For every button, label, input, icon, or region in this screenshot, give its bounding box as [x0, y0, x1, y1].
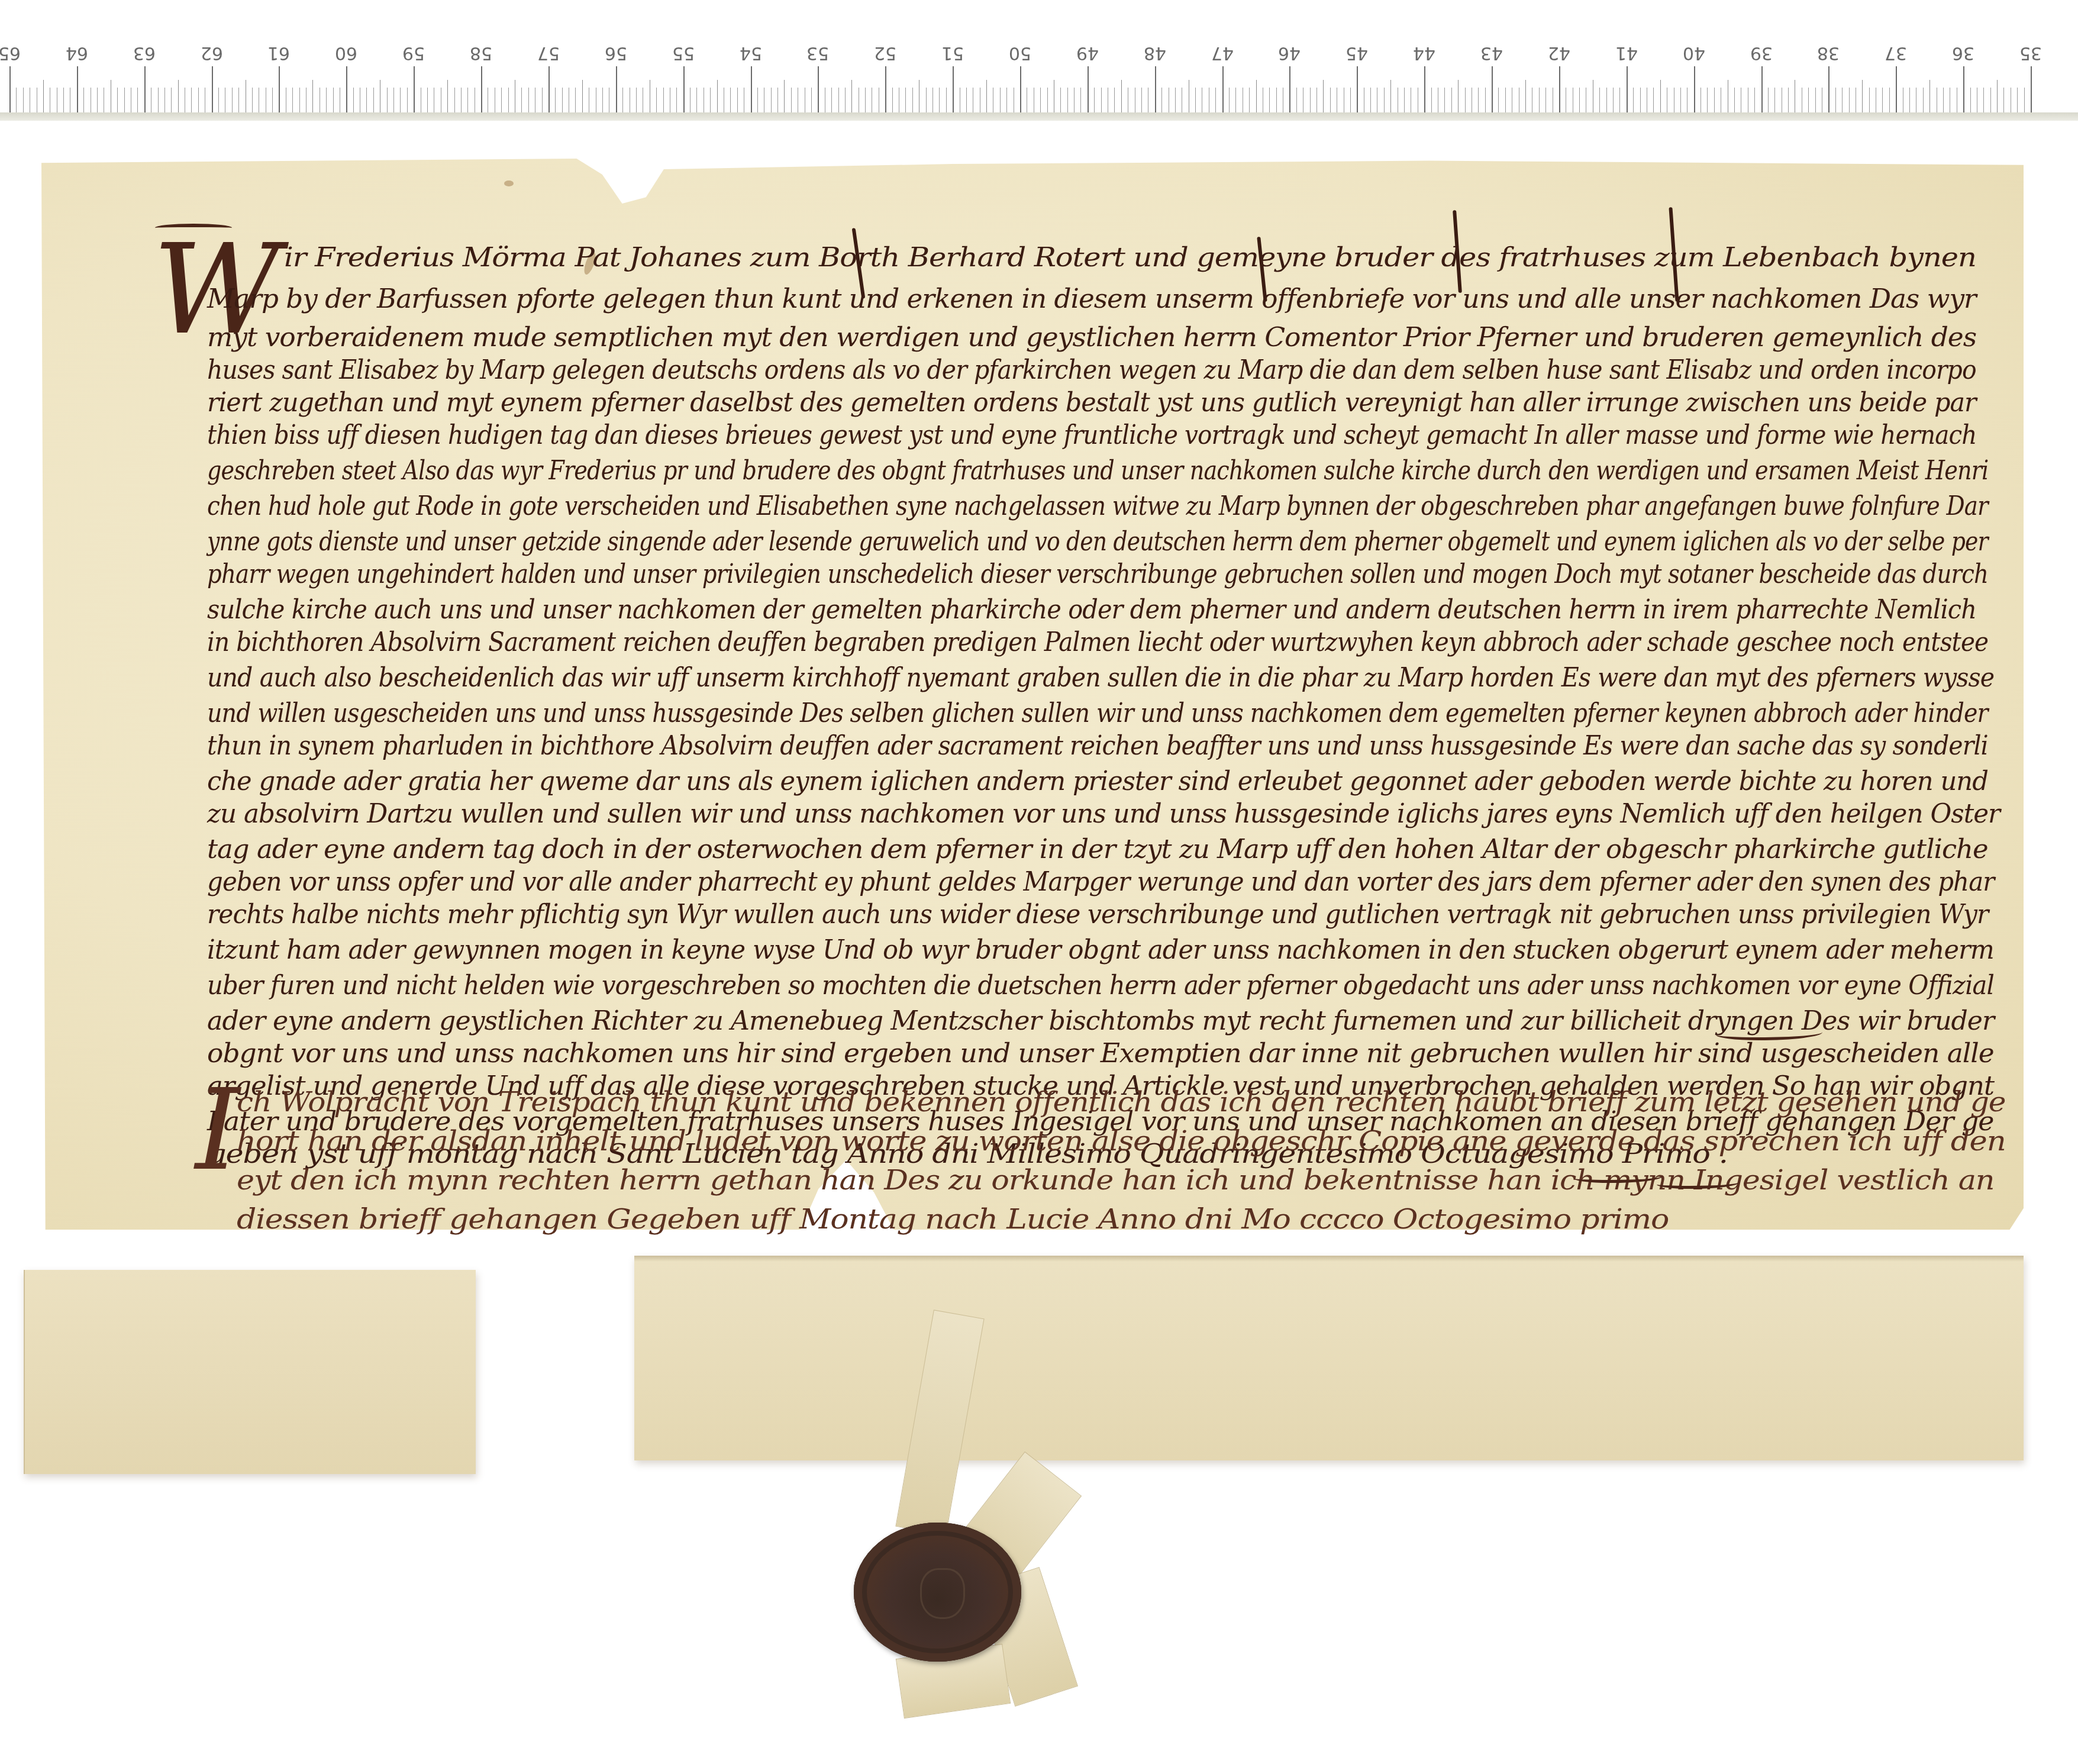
ruler-label: 46 [1272, 43, 1307, 63]
ruler-label: 50 [1002, 43, 1038, 63]
ruler-minor-tick [1802, 88, 1802, 114]
ruler-minor-tick [1876, 88, 1876, 114]
ruler-minor-tick [259, 88, 259, 114]
ruler-label: 63 [127, 43, 162, 63]
ruler-label: 58 [463, 43, 499, 63]
ruler-minor-tick [373, 88, 374, 114]
ruler-minor-tick [111, 80, 111, 114]
ruler-minor-tick [596, 88, 596, 114]
ruler-minor-tick [1128, 88, 1128, 114]
notarial-text-line: diessen brieff gehangen Gegeben uff Mont… [237, 1203, 1669, 1235]
ruler-edge [0, 112, 2078, 121]
ruler-minor-tick [1006, 88, 1007, 114]
ruler-minor-tick [91, 88, 91, 114]
charter-text-line: geschreben steet Also das wyr Frederius … [207, 456, 1988, 486]
ruler-minor-tick [1553, 88, 1553, 114]
ruler-minor-tick [1390, 80, 1391, 114]
ruler-minor-tick [1545, 88, 1546, 114]
ruler-minor-tick [919, 80, 919, 114]
measurement-ruler: 6564636261605958575655545352515049484746… [0, 0, 2078, 121]
ruler-minor-tick [899, 88, 899, 114]
ruler-minor-tick [1525, 80, 1526, 114]
ruler-minor-tick [1970, 88, 1971, 114]
ruler-minor-tick [326, 88, 327, 114]
ruler-minor-tick [1182, 88, 1182, 114]
ruler-minor-tick [515, 80, 515, 114]
ruler-minor-tick [1619, 88, 1620, 114]
ruler-minor-tick [1728, 80, 1728, 114]
ruler-minor-tick [966, 88, 967, 114]
ruler-minor-tick [441, 88, 441, 114]
ruler-major-tick [346, 66, 347, 114]
ruler-minor-tick [1141, 88, 1142, 114]
ruler-minor-tick [1754, 88, 1755, 114]
ruler-major-tick [414, 66, 415, 114]
ruler-minor-tick [710, 88, 711, 114]
ruler-minor-tick [1235, 88, 1236, 114]
ruler-minor-tick [1721, 88, 1721, 114]
ruler-minor-tick [757, 88, 758, 114]
ruler-minor-tick [764, 88, 764, 114]
ruler-label: 65 [0, 43, 27, 63]
ruler-minor-tick [407, 88, 408, 114]
ruler-minor-tick [1209, 88, 1209, 114]
ruler-minor-tick [393, 88, 394, 114]
ruler-minor-tick [1937, 88, 1937, 114]
ruler-minor-tick [1161, 88, 1162, 114]
charter-text-line: thien biss uff diesen hudigen tag dan di… [207, 420, 1976, 450]
ruler-label: 51 [935, 43, 970, 63]
charter-text-line: obgnt vor uns und unss nachkomen uns hir… [207, 1039, 1994, 1069]
ruler-minor-tick [1344, 88, 1344, 114]
ruler-minor-tick [1337, 88, 1337, 114]
ruler-major-tick [616, 66, 617, 114]
ruler-minor-tick [1505, 88, 1506, 114]
ruler-minor-tick [1835, 88, 1836, 114]
ruler-minor-tick [218, 88, 219, 114]
ruler-minor-tick [1067, 88, 1068, 114]
charter-text-line: sulche kirche auch uns und unser nachkom… [207, 595, 1976, 625]
ruler-minor-tick [1586, 88, 1586, 114]
ruler-minor-tick [1418, 88, 1418, 114]
ruler-minor-tick [1903, 88, 1903, 114]
ruler-minor-tick [1370, 88, 1371, 114]
ruler-minor-tick [97, 88, 98, 114]
charter-text-line: geben vor unss opfer und vor alle ander … [207, 867, 1994, 897]
charter-text-line: und willen usgescheiden uns und unss hus… [207, 698, 1988, 728]
ruler-minor-tick [1040, 88, 1041, 114]
ruler-minor-tick [1094, 88, 1095, 114]
ruler-minor-tick [1215, 88, 1216, 114]
ruler-major-tick [1088, 66, 1089, 114]
ruler-minor-tick [851, 80, 852, 114]
ruler-minor-tick [872, 88, 872, 114]
ruler-minor-tick [238, 88, 239, 114]
charter-text-line: thun in synem pharluden in bichthore Abs… [207, 731, 1988, 761]
ruler-minor-tick [1485, 88, 1486, 114]
ruler-minor-tick [1782, 88, 1782, 114]
ruler-label: 42 [1541, 43, 1577, 63]
ruler-minor-tick [1229, 88, 1230, 114]
ruler-minor-tick [252, 88, 253, 114]
ruler-minor-tick [272, 88, 273, 114]
ruler-minor-tick [650, 80, 650, 114]
ruler-minor-tick [137, 88, 138, 114]
ruler-label: 57 [531, 43, 566, 63]
charter-text-line: zu absolvirn Dartzu wullen und sullen wi… [207, 799, 2000, 829]
ruler-minor-tick [1774, 88, 1775, 114]
ruler-minor-tick [1701, 88, 1701, 114]
ruler-minor-tick [1014, 88, 1014, 114]
ruler-minor-tick [946, 88, 947, 114]
ruler-minor-tick [508, 88, 509, 114]
ruler-minor-tick [434, 88, 434, 114]
ruler-minor-tick [131, 88, 131, 114]
ruler-major-tick [9, 66, 11, 114]
ruler-minor-tick [879, 88, 879, 114]
ruler-minor-tick [859, 88, 859, 114]
ruler-minor-tick [1114, 88, 1115, 114]
ruler-minor-tick [973, 88, 973, 114]
ruler-minor-tick [1000, 88, 1001, 114]
ruler-minor-tick [1889, 88, 1890, 114]
ruler-minor-tick [771, 88, 772, 114]
ruler-major-tick [1222, 66, 1224, 114]
ruler-label: 41 [1609, 43, 1644, 63]
ruler-minor-tick [656, 88, 657, 114]
ruler-minor-tick [1080, 88, 1081, 114]
ruler-minor-tick [1175, 88, 1176, 114]
ruler-minor-tick [1256, 80, 1257, 114]
ruler-minor-tick [932, 88, 933, 114]
charter-text-line: uber furen und nicht helden wie vorgesch… [207, 970, 1994, 1001]
ruler-minor-tick [333, 88, 334, 114]
ruler-label: 56 [598, 43, 634, 63]
ruler-minor-tick [427, 88, 428, 114]
ruler-minor-tick [1599, 88, 1600, 114]
ruler-minor-tick [1573, 88, 1573, 114]
ruler-minor-tick [1923, 88, 1924, 114]
ruler-minor-tick [1707, 88, 1708, 114]
ruler-minor-tick [622, 88, 623, 114]
ruler-minor-tick [960, 88, 960, 114]
ruler-major-tick [1963, 66, 1964, 114]
ruler-major-tick [279, 66, 280, 114]
ruler-minor-tick [1539, 88, 1540, 114]
ruler-minor-tick [1633, 88, 1634, 114]
ruler-minor-tick [1734, 88, 1735, 114]
ruler-major-tick [1289, 66, 1290, 114]
ruler-minor-tick [905, 88, 906, 114]
ruler-minor-tick [467, 88, 468, 114]
ruler-minor-tick [1862, 80, 1863, 114]
ruler-minor-tick [57, 88, 57, 114]
ruler-minor-tick [535, 88, 535, 114]
ruler-minor-tick [185, 88, 185, 114]
ruler-major-tick [1896, 66, 1897, 114]
ruler-minor-tick [50, 88, 50, 114]
ruler-minor-tick [2017, 88, 2018, 114]
ruler-minor-tick [1263, 88, 1263, 114]
ruler-minor-tick [1458, 80, 1459, 114]
ruler-minor-tick [1249, 88, 1250, 114]
ruler-minor-tick [1431, 88, 1432, 114]
ruler-major-tick [212, 66, 213, 114]
ruler-minor-tick [1606, 88, 1607, 114]
ruler-minor-tick [1788, 88, 1789, 114]
ruler-minor-tick [1815, 88, 1816, 114]
ruler-minor-tick [696, 88, 697, 114]
ruler-label: 61 [261, 43, 296, 63]
ruler-minor-tick [400, 88, 401, 114]
ruler-minor-tick [805, 88, 805, 114]
ruler-minor-tick [1074, 88, 1075, 114]
ruler-minor-tick [191, 88, 192, 114]
ruler-minor-tick [63, 88, 64, 114]
ruler-minor-tick [1653, 88, 1654, 114]
ruler-minor-tick [1849, 88, 1850, 114]
ruler-minor-tick [986, 80, 987, 114]
ruler-minor-tick [1377, 88, 1377, 114]
ruler-minor-tick [205, 88, 205, 114]
ruler-major-tick [1155, 66, 1156, 114]
ruler-minor-tick [528, 88, 529, 114]
fold-flap-left [24, 1270, 476, 1474]
charter-text-line: ir Frederius Mörma Pat Johanes zum Borth… [284, 243, 1976, 273]
ruler-minor-tick [16, 88, 17, 114]
ruler-label: 52 [867, 43, 903, 63]
ruler-label: 36 [1945, 43, 1981, 63]
notarial-text-line: hort han der alsdan inhelt und ludet von… [237, 1125, 2006, 1157]
ruler-major-tick [1559, 66, 1560, 114]
ruler-minor-tick [1498, 88, 1499, 114]
ruler-minor-tick [1438, 88, 1438, 114]
ruler-minor-tick [1269, 88, 1270, 114]
ruler-minor-tick [1795, 80, 1795, 114]
ruler-minor-tick [246, 80, 246, 114]
ruler-minor-tick [340, 88, 340, 114]
ruler-major-tick [751, 66, 752, 114]
ruler-minor-tick [1943, 88, 1944, 114]
ruler-minor-tick [1916, 88, 1916, 114]
ruler-minor-tick [521, 88, 522, 114]
ruler-label: 45 [1339, 43, 1374, 63]
charter-text-line: itzunt ham ader gewynnen mogen in keyne … [207, 935, 1994, 965]
ruler-minor-tick [845, 88, 846, 114]
ruler-label: 49 [1070, 43, 1105, 63]
ruler-minor-tick [1882, 88, 1883, 114]
ruler-minor-tick [1687, 88, 1687, 114]
parchment-sheet [41, 159, 2024, 1230]
ruler-minor-tick [1411, 88, 1411, 114]
ruler-minor-tick [1519, 88, 1519, 114]
notarial-initial: I [195, 1074, 240, 1186]
ruler-minor-tick [690, 88, 690, 114]
ruler-minor-tick [1398, 88, 1398, 114]
ruler-minor-tick [1808, 88, 1809, 114]
ruler-minor-tick [178, 80, 179, 114]
ruler-minor-tick [1613, 88, 1614, 114]
ruler-minor-tick [306, 88, 306, 114]
ruler-minor-tick [939, 88, 940, 114]
ruler-label: 62 [194, 43, 230, 63]
ruler-minor-tick [232, 88, 233, 114]
ruler-minor-tick [461, 88, 462, 114]
ruler-minor-tick [1512, 88, 1512, 114]
fold-flap-right [634, 1256, 2024, 1460]
ruler-minor-tick [198, 88, 199, 114]
ruler-minor-tick [1647, 88, 1647, 114]
ruler-minor-tick [171, 88, 172, 114]
ruler-minor-tick [744, 88, 744, 114]
ruler-minor-tick [542, 88, 543, 114]
ruler-minor-tick [1856, 88, 1856, 114]
ruler-minor-tick [1350, 88, 1351, 114]
ruler-minor-tick [1869, 88, 1870, 114]
ruler-major-tick [481, 66, 482, 114]
ruler-minor-tick [1667, 88, 1667, 114]
ruler-major-tick [1761, 66, 1763, 114]
charter-text-line: und auch also bescheidenlich das wir uff… [207, 663, 1994, 693]
ruler-major-tick [2031, 66, 2032, 114]
charter-text-line: huses sant Elisabez by Marp gelegen deut… [207, 355, 1976, 385]
ruler-minor-tick [2003, 88, 2004, 114]
ruler-minor-tick [980, 88, 980, 114]
ruler-major-tick [1627, 66, 1628, 114]
ruler-minor-tick [1950, 88, 1950, 114]
ruler-minor-tick [37, 88, 37, 114]
ruler-minor-tick [1444, 88, 1445, 114]
ruler-label: 40 [1676, 43, 1712, 63]
ruler-minor-tick [589, 88, 589, 114]
ruler-minor-tick [164, 88, 165, 114]
ruler-minor-tick [366, 88, 367, 114]
ruler-minor-tick [475, 88, 475, 114]
ruler-minor-tick [737, 88, 738, 114]
ruler-minor-tick [312, 80, 313, 114]
ruler-major-tick [1492, 66, 1493, 114]
ruler-minor-tick [1243, 88, 1243, 114]
ruler-minor-tick [1472, 88, 1472, 114]
ruler-label: 39 [1744, 43, 1779, 63]
ruler-minor-tick [1135, 88, 1135, 114]
ruler-minor-tick [23, 88, 24, 114]
ruler-minor-tick [892, 88, 893, 114]
ruler-minor-tick [1680, 88, 1681, 114]
ruler-minor-tick [777, 88, 778, 114]
ruler-minor-tick [1465, 88, 1466, 114]
ruler-major-tick [1357, 66, 1358, 114]
ruler-minor-tick [630, 88, 630, 114]
ruler-minor-tick [724, 88, 724, 114]
ruler-minor-tick [865, 88, 866, 114]
ruler-minor-tick [1957, 88, 1957, 114]
ruler-minor-tick [926, 88, 927, 114]
ruler-major-tick [1694, 66, 1695, 114]
ruler-minor-tick [43, 80, 44, 114]
ruler-minor-tick [1384, 88, 1385, 114]
ruler-major-tick [953, 66, 954, 114]
ruler-label: 59 [396, 43, 431, 63]
ruler-minor-tick [495, 88, 495, 114]
ruler-minor-tick [501, 88, 502, 114]
ruler-minor-tick [1593, 80, 1593, 114]
ruler-minor-tick [704, 88, 704, 114]
charter-text-line: che gnade ader gratia her qweme dar uns … [207, 766, 1988, 796]
ruler-minor-tick [1108, 88, 1108, 114]
ruler-minor-tick [582, 80, 583, 114]
ruler-minor-tick [1451, 88, 1452, 114]
ruler-minor-tick [1822, 88, 1822, 114]
ruler-minor-tick [30, 88, 30, 114]
charter-text-line: pharr wegen ungehindert halden und unser… [207, 559, 1988, 589]
charter-text-line: ynne gots dienste und unser getzide sing… [207, 527, 1988, 557]
ruler-minor-tick [636, 88, 637, 114]
ruler-minor-tick [1054, 80, 1054, 114]
ruler-minor-tick [643, 88, 643, 114]
ruler-minor-tick [1323, 80, 1324, 114]
ruler-minor-tick [1478, 88, 1479, 114]
ruler-minor-tick [1283, 88, 1283, 114]
ruler-minor-tick [2024, 88, 2025, 114]
ruler-minor-tick [124, 88, 125, 114]
ruler-minor-tick [1977, 88, 1977, 114]
ruler-minor-tick [1101, 88, 1102, 114]
ruler-minor-tick [1364, 88, 1364, 114]
ruler-minor-tick [454, 88, 455, 114]
ruler-label: 53 [800, 43, 835, 63]
ruler-minor-tick [1330, 88, 1331, 114]
ruler-minor-tick [1148, 88, 1148, 114]
ruler-minor-tick [1276, 88, 1277, 114]
ruler-label: 37 [1878, 43, 1914, 63]
ruler-label: 38 [1811, 43, 1846, 63]
ruler-label: 54 [733, 43, 769, 63]
ruler-minor-tick [286, 88, 286, 114]
ruler-major-tick [683, 66, 685, 114]
ruler-minor-tick [1566, 88, 1566, 114]
ruler-minor-tick [1296, 88, 1297, 114]
ruler-minor-tick [225, 88, 225, 114]
charter-text-line: rechts halbe nichts mehr pflichtig syn W… [207, 899, 1988, 930]
ruler-minor-tick [838, 88, 839, 114]
ruler-minor-tick [1303, 88, 1303, 114]
ruler-minor-tick [1929, 80, 1930, 114]
ruler-minor-tick [798, 88, 798, 114]
ruler-minor-tick [1121, 80, 1122, 114]
ruler-minor-tick [663, 88, 664, 114]
ruler-minor-tick [831, 88, 832, 114]
ruler-minor-tick [151, 88, 151, 114]
ruler-minor-tick [1909, 88, 1910, 114]
ruler-minor-tick [360, 88, 360, 114]
notarial-text-line: ch Wolpracht von Treispach thun kunt und… [237, 1086, 2005, 1118]
ruler-minor-tick [1047, 88, 1048, 114]
ruler-minor-tick [670, 88, 670, 114]
ruler-minor-tick [1532, 88, 1532, 114]
ruler-major-tick [818, 66, 819, 114]
ruler-label: 43 [1474, 43, 1509, 63]
ruler-minor-tick [488, 88, 488, 114]
ruler-minor-tick [380, 80, 380, 114]
ruler-major-tick [1020, 66, 1021, 114]
ruler-label: 48 [1137, 43, 1173, 63]
ruler-minor-tick [912, 88, 913, 114]
ruler-minor-tick [1842, 88, 1843, 114]
charter-text-line: riert zugethan und myt eynem pferner das… [207, 388, 1976, 418]
ruler-major-tick [885, 66, 886, 114]
ruler-minor-tick [602, 88, 603, 114]
